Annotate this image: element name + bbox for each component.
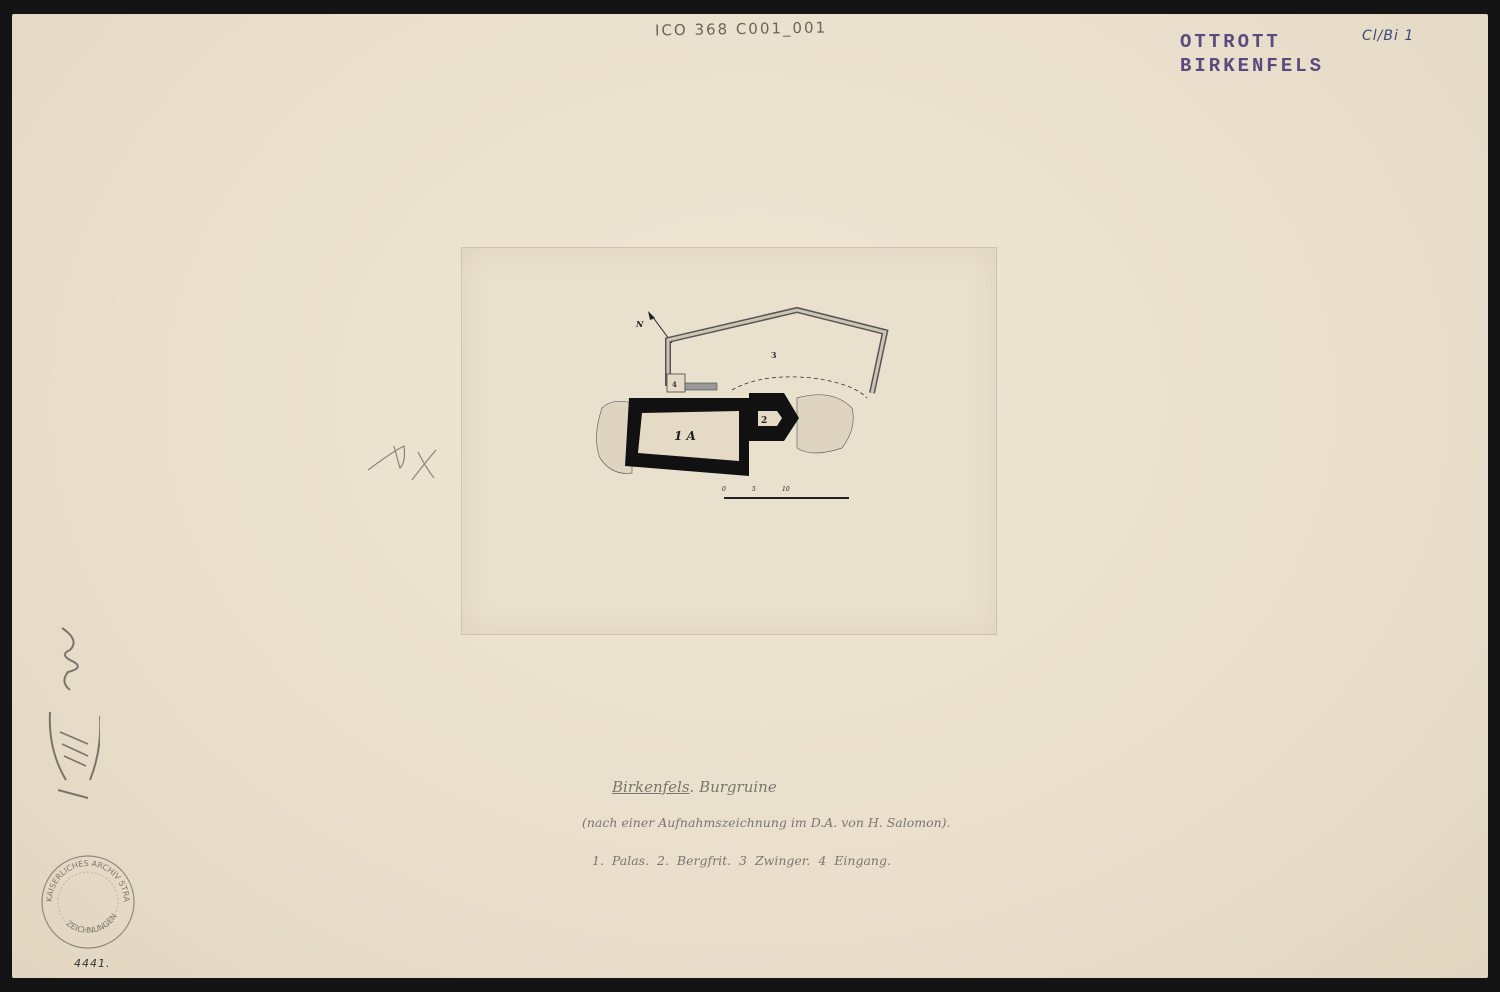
caption-legend: 1. Palas. 2. Bergfrit. 3 Zwinger. 4 Eing… xyxy=(592,853,891,868)
place-stamp-line1: OTTROTT xyxy=(1180,30,1324,54)
label-palas: 1 A xyxy=(674,429,696,443)
svg-text:5: 5 xyxy=(752,486,756,493)
archive-stamp: KAISERLICHES ARCHIV STRASSBURG ZEICHNUNG… xyxy=(38,852,138,952)
pencil-mark-margin xyxy=(40,620,100,800)
label-eingang: 4 xyxy=(672,380,677,389)
scale-bar: 0 5 10 xyxy=(722,486,849,498)
place-stamp: OTTROTT BIRKENFELS xyxy=(1180,30,1324,78)
pencil-mark-ax xyxy=(362,440,442,480)
castle-ground-plan: N 1 A 2 3 4 0 5 10 xyxy=(462,248,996,634)
svg-text:0: 0 xyxy=(722,486,726,493)
place-stamp-line2: BIRKENFELS xyxy=(1180,54,1324,78)
catalog-number: ICO 368 C001_001 xyxy=(655,18,827,39)
inventory-number: 4441. xyxy=(74,957,111,970)
svg-text:ZEICHNUNGEN: ZEICHNUNGEN xyxy=(64,912,118,935)
caption-title: Birkenfels. Burgruine xyxy=(612,778,777,796)
label-bergfrit: 2 xyxy=(761,416,767,426)
label-zwinger: 3 xyxy=(771,350,777,360)
mounted-photograph: N 1 A 2 3 4 0 5 10 xyxy=(461,247,997,635)
caption-source: (nach einer Aufnahmszeichnung im D.A. vo… xyxy=(582,815,951,830)
caption-title-place: Birkenfels xyxy=(612,778,690,796)
shelfmark: Cl/Bi 1 xyxy=(1362,28,1414,44)
svg-text:10: 10 xyxy=(782,486,790,493)
caption-title-rest: . Burgruine xyxy=(690,778,777,796)
svg-text:N: N xyxy=(635,319,644,329)
